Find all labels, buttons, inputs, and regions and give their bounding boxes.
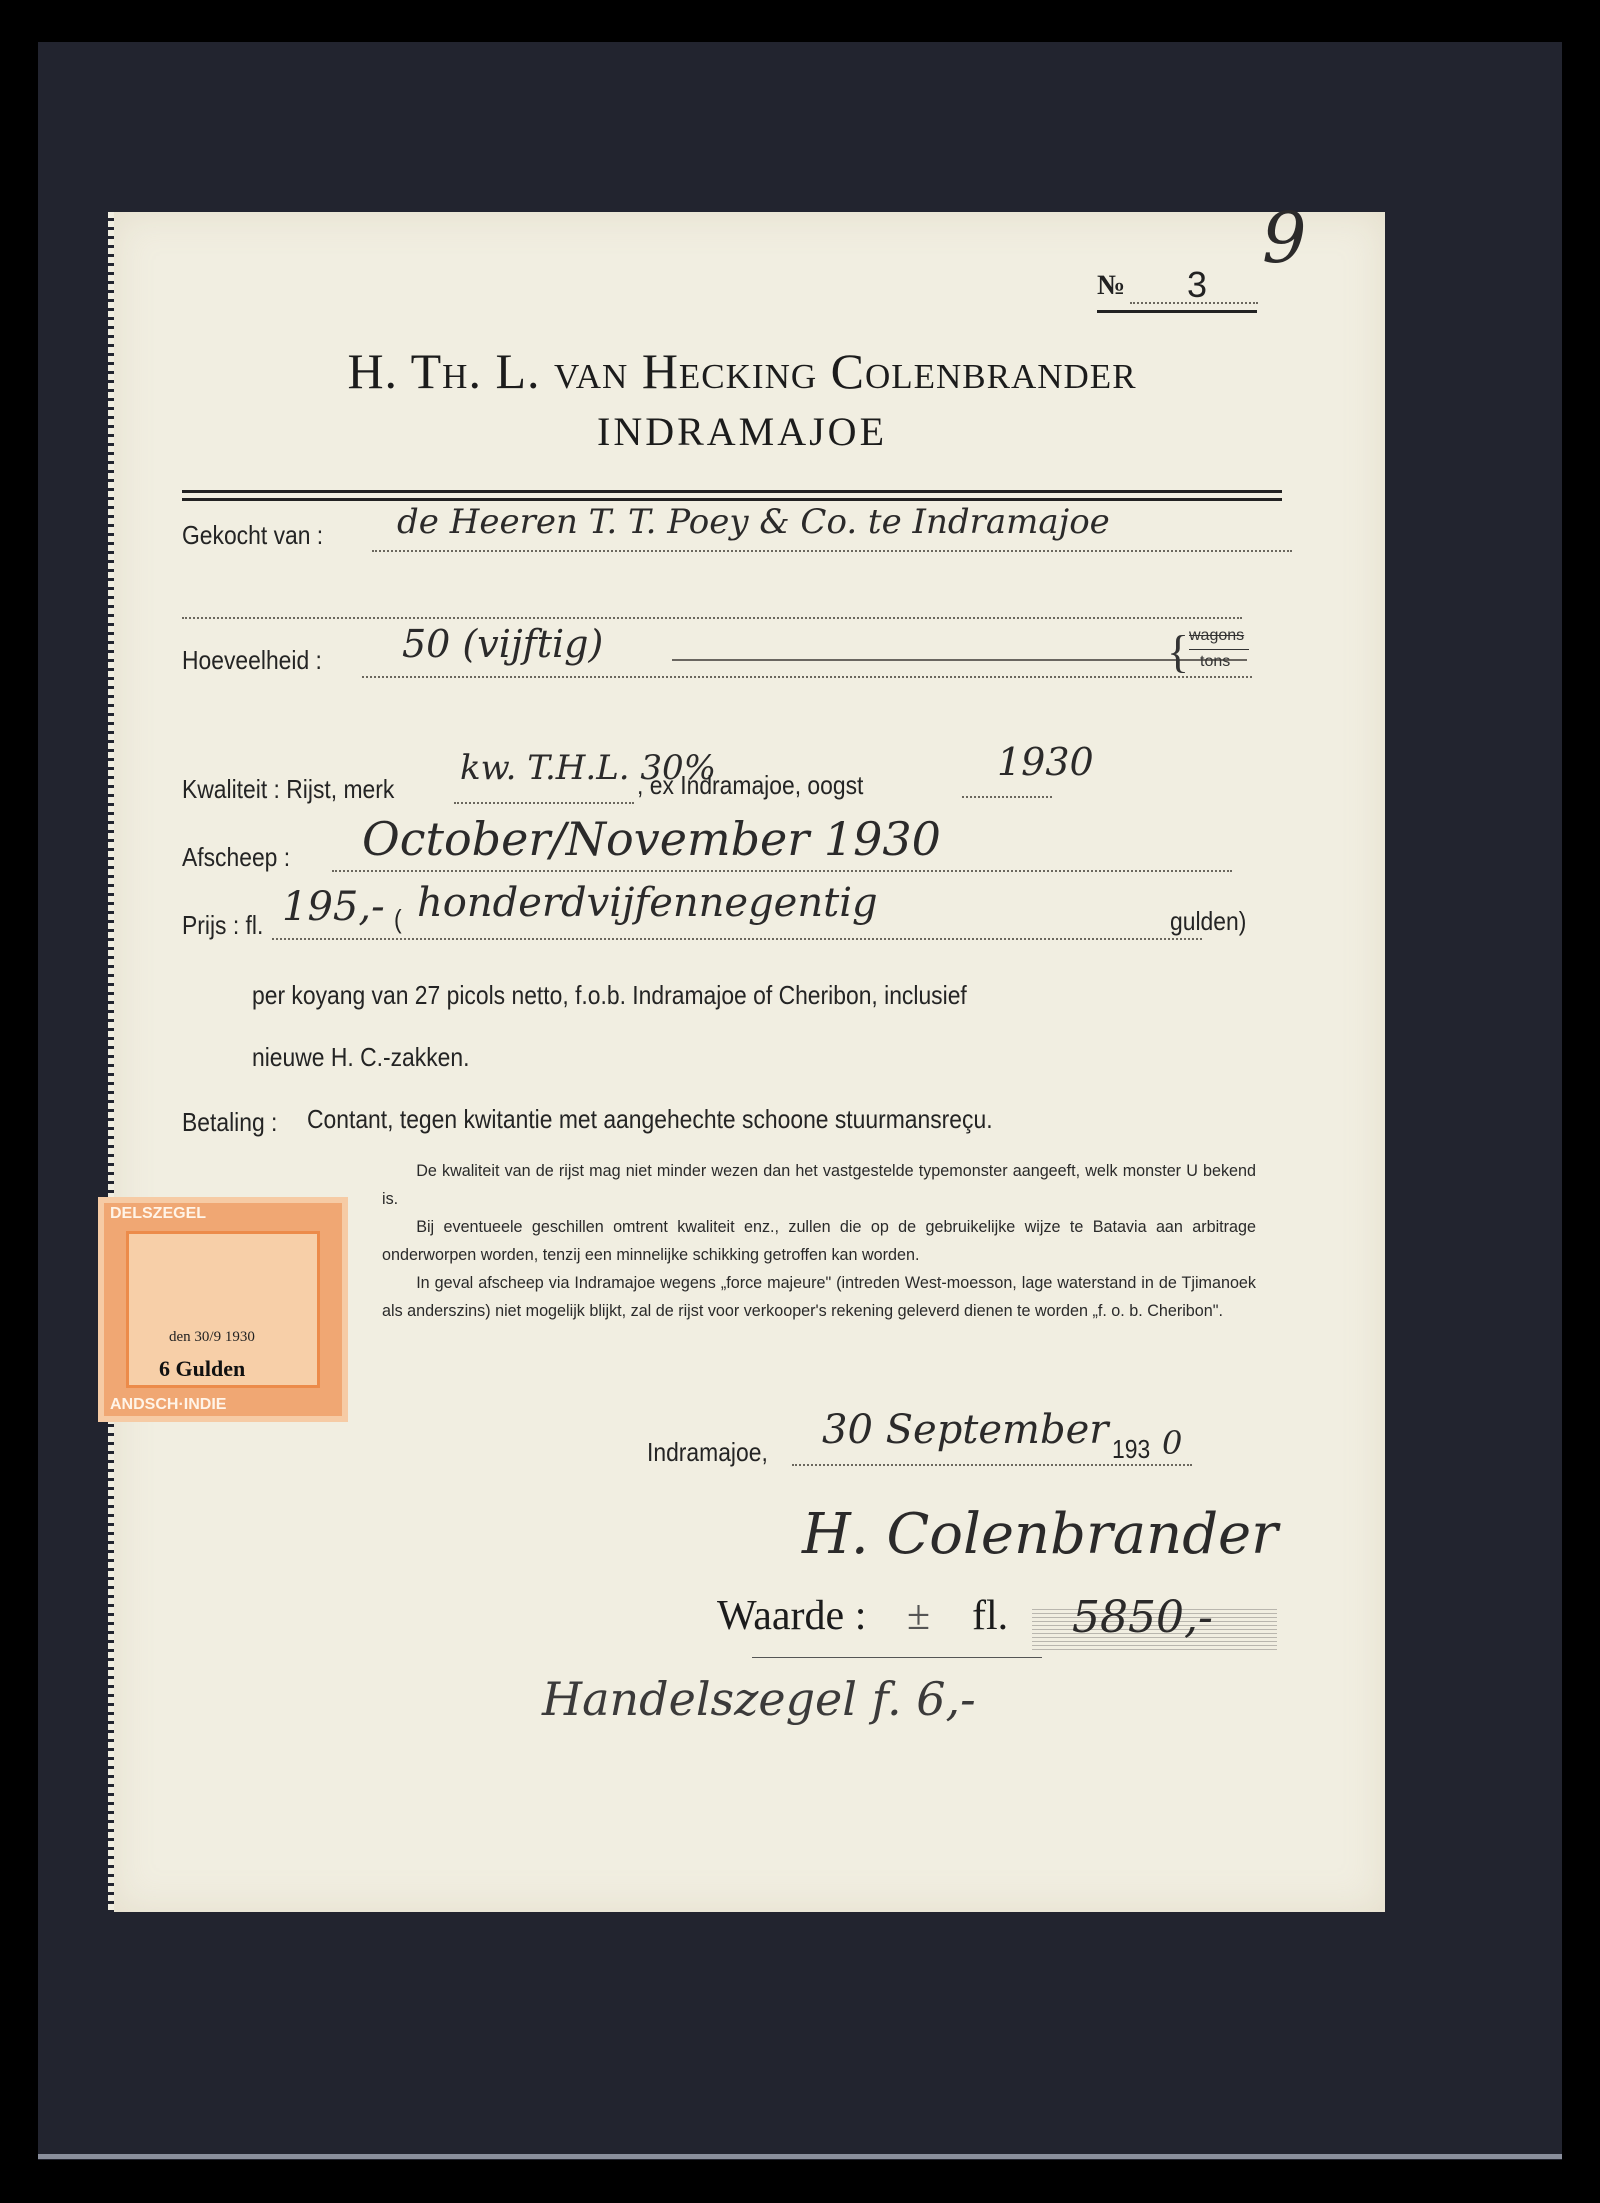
unit-tons: tons — [1200, 653, 1230, 671]
prijs-amount: 195,- — [282, 884, 385, 930]
term-2: Bij eventueele geschillen omtrent kwalit… — [382, 1213, 1256, 1269]
oogst-value: 1930 — [997, 740, 1094, 784]
number-handwritten: 9 — [1262, 197, 1307, 279]
stamp-bottom-text: ANDSCH·INDIE — [110, 1396, 226, 1414]
header-rule — [182, 498, 1282, 501]
afscheep-value: October/November 1930 — [362, 812, 941, 866]
stamp-coat-of-arms: den 30/9 1930 6 Gulden — [126, 1231, 320, 1388]
betaling-value: Contant, tegen kwitantie met aangehechte… — [307, 1104, 993, 1135]
number-label: № — [1097, 270, 1125, 302]
date-day-month: 30 September — [822, 1407, 1108, 1453]
gekocht-van-label: Gekocht van : — [182, 520, 323, 551]
unit-struck: wagons — [1189, 627, 1244, 645]
number-underline — [1097, 310, 1257, 313]
prijs-label: Prijs : fl. — [182, 910, 263, 941]
brace: { — [1167, 625, 1189, 678]
stamp-value: 6 Gulden — [159, 1356, 245, 1382]
number-value: 3 — [1187, 264, 1207, 306]
prijs-line-2: per koyang van 27 picols netto, f.o.b. I… — [252, 980, 967, 1011]
terms-block: De kwaliteit van de rijst mag niet minde… — [382, 1157, 1256, 1325]
oogst-line — [962, 796, 1052, 798]
stamp-date: den 30/9 1930 — [169, 1329, 255, 1346]
purchase-contract-document: № 3 9 H. Th. L. van Hecking Colenbrander… — [112, 212, 1385, 1912]
hoeveelheid-fill-stroke — [672, 659, 1247, 661]
board-edge — [38, 2154, 1562, 2159]
waarde-value: 5850,- — [1072, 1592, 1213, 1643]
term-1: De kwaliteit van de rijst mag niet minde… — [382, 1157, 1256, 1213]
gekocht-van-value: de Heeren T. T. Poey & Co. te Indramajoe — [397, 502, 1110, 542]
gekocht-van-line-2 — [182, 617, 1242, 619]
company-name: H. Th. L. van Hecking Colenbrander — [182, 342, 1302, 400]
prijs-amount-words: honderdvijfennegentig — [417, 880, 878, 926]
kwaliteit-label: Kwaliteit : Rijst, merk — [182, 774, 394, 805]
hoeveelheid-label: Hoeveelheid : — [182, 645, 322, 676]
kwaliteit-middle: , ex Indramajoe, oogst — [637, 770, 863, 801]
header-rule — [182, 490, 1282, 493]
waarde-currency: fl. — [972, 1592, 1008, 1640]
handelszegel-note: Handelszegel f. 6,- — [542, 1672, 976, 1726]
hoeveelheid-value: 50 (vijftig) — [402, 622, 603, 666]
afscheep-label: Afscheep : — [182, 842, 290, 873]
date-year-suffix: 0 — [1162, 1424, 1182, 1462]
date-place: Indramajoe, — [647, 1437, 768, 1468]
prijs-gulden: gulden) — [1170, 906, 1246, 937]
gekocht-van-line — [372, 550, 1292, 552]
unit-divider — [1189, 649, 1249, 650]
revenue-stamp: DELSZEGEL den 30/9 1930 6 Gulden ANDSCH·… — [98, 1197, 348, 1422]
signature: H. Colenbrander — [802, 1502, 1278, 1567]
prijs-open-paren: ( — [394, 904, 402, 935]
afscheep-line — [332, 870, 1232, 872]
prijs-line — [272, 938, 1202, 940]
prijs-line-3: nieuwe H. C.-zakken. — [252, 1042, 469, 1073]
date-year-prefix: 193 — [1112, 1434, 1150, 1465]
stamp-top-text: DELSZEGEL — [110, 1205, 206, 1223]
merk-line — [454, 802, 634, 804]
waarde-label: Waarde : — [717, 1592, 866, 1640]
signature-line — [752, 1657, 1042, 1658]
betaling-label: Betaling : — [182, 1107, 277, 1138]
term-3: In geval afscheep via Indramajoe wegens … — [382, 1269, 1256, 1325]
company-place: INDRAMAJOE — [492, 408, 992, 455]
hoeveelheid-line — [362, 676, 1252, 678]
waarde-plus-minus: ± — [907, 1592, 930, 1640]
